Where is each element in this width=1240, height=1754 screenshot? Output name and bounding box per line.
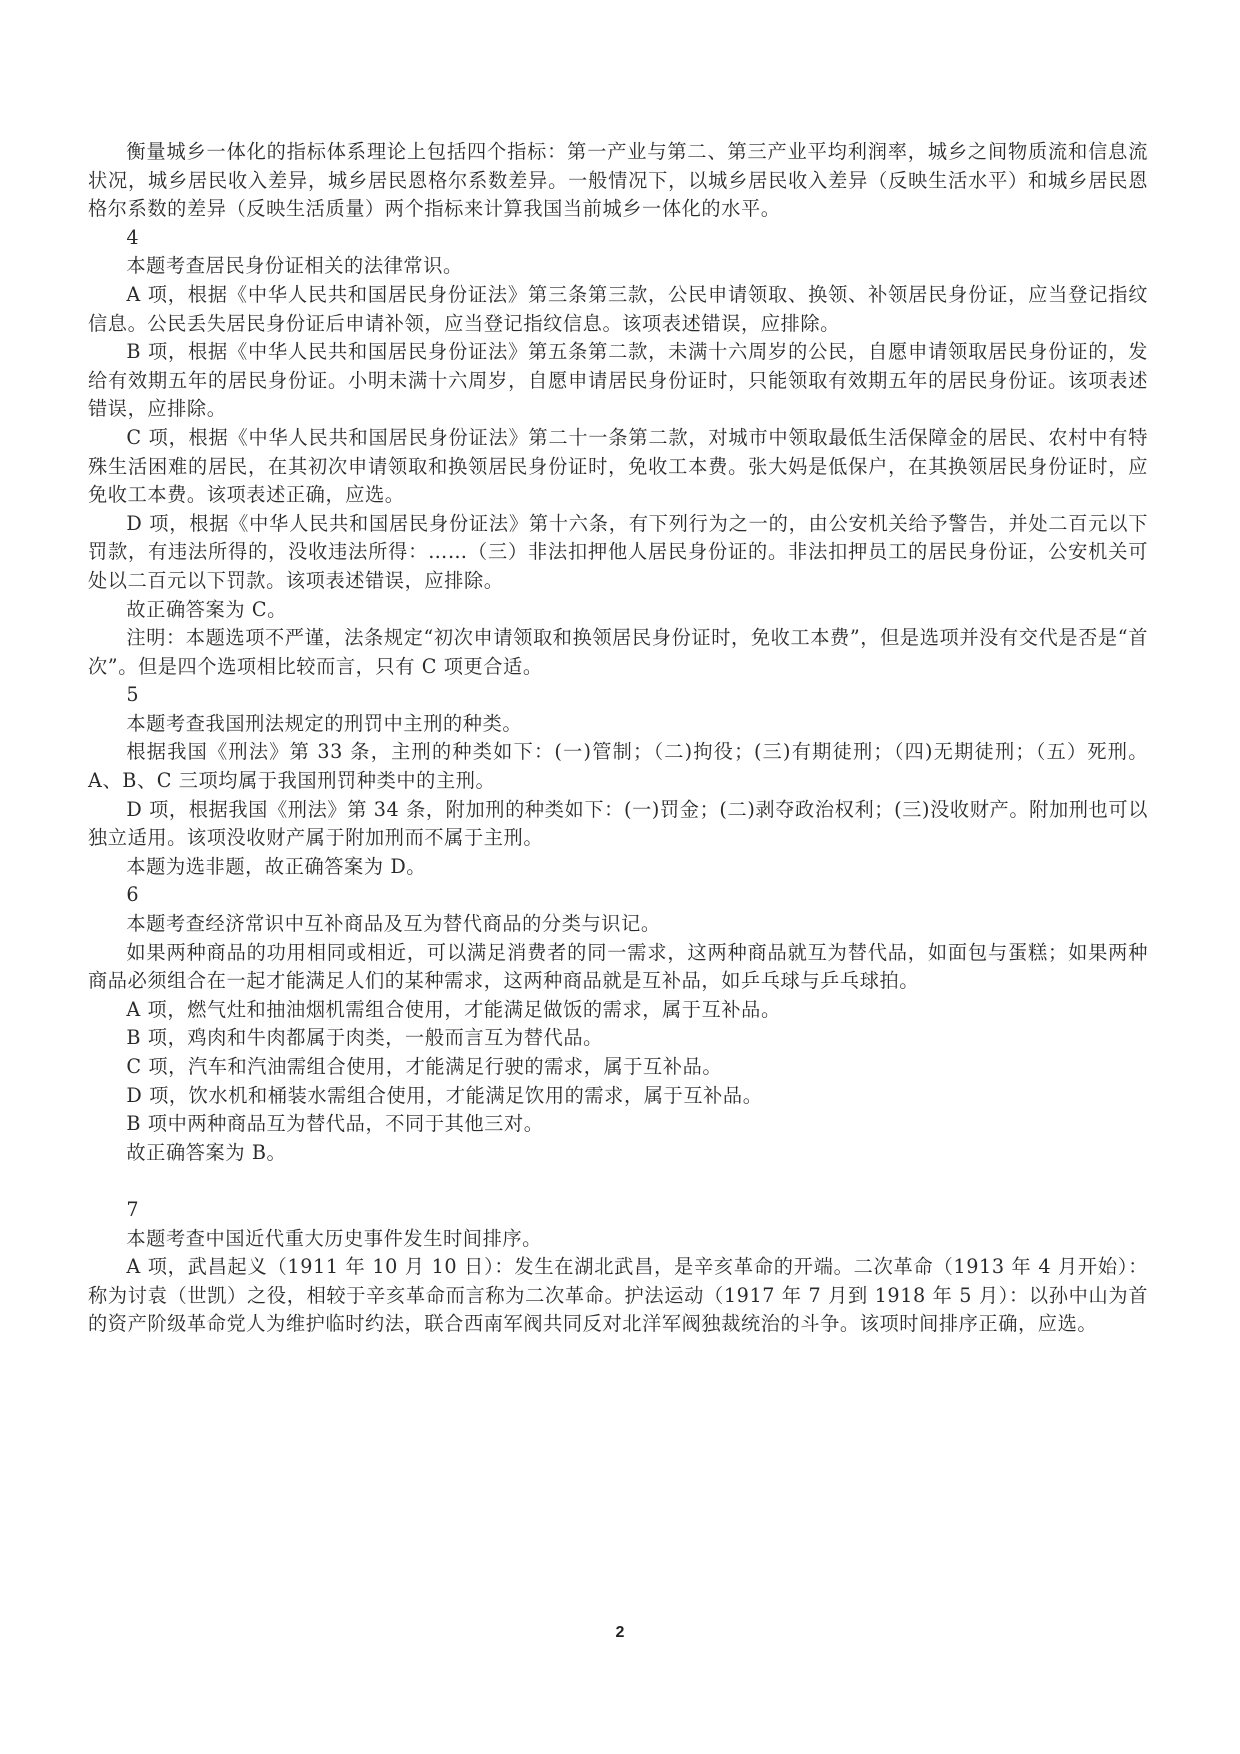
correct-answer: 故正确答案为 C。 [88,596,1148,625]
summary-paragraph: B 项中两种商品互为替代品，不同于其他三对。 [88,1110,1148,1139]
page-number: 2 [0,1624,1240,1642]
question-number: 4 [88,224,1148,253]
question-topic: 本题考查中国近代重大历史事件发生时间排序。 [88,1225,1148,1254]
question-7-explanation: 7 本题考查中国近代重大历史事件发生时间排序。 A 项，武昌起义（1911 年 … [88,1196,1148,1339]
option-b-analysis: B 项，根据《中华人民共和国居民身份证法》第五条第二款，未满十六周岁的公民，自愿… [88,338,1148,424]
option-a-analysis: A 项，武昌起义（1911 年 10 月 10 日）：发生在湖北武昌，是辛亥革命… [88,1253,1148,1339]
blank-line [88,1167,1148,1196]
option-a-analysis: A 项，燃气灶和抽油烟机需组合使用，才能满足做饭的需求，属于互补品。 [88,996,1148,1025]
correct-answer: 故正确答案为 B。 [88,1139,1148,1168]
option-b-analysis: B 项，鸡肉和牛肉都属于肉类，一般而言互为替代品。 [88,1024,1148,1053]
question-6-explanation: 6 本题考查经济常识中互补商品及互为替代商品的分类与识记。 如果两种商品的功用相… [88,881,1148,1167]
note-paragraph: 注明：本题选项不严谨，法条规定“初次申请领取和换领居民身份证时，免收工本费”，但… [88,624,1148,681]
question-number: 6 [88,881,1148,910]
definition-paragraph: 如果两种商品的功用相同或相近，可以满足消费者的同一需求，这两种商品就互为替代品，… [88,939,1148,996]
intro-paragraph: 衡量城乡一体化的指标体系理论上包括四个指标：第一产业与第二、第三产业平均利润率，… [88,138,1148,224]
question-topic: 本题考查我国刑法规定的刑罚中主刑的种类。 [88,710,1148,739]
principal-penalty-paragraph: 根据我国《刑法》第 33 条，主刑的种类如下：(一)管制；（二)拘役；(三)有期… [88,738,1148,795]
question-4-explanation: 4 本题考查居民身份证相关的法律常识。 A 项，根据《中华人民共和国居民身份证法… [88,224,1148,682]
option-a-analysis: A 项，根据《中华人民共和国居民身份证法》第三条第三款，公民申请领取、换领、补领… [88,281,1148,338]
question-number: 7 [88,1196,1148,1225]
option-d-analysis: D 项，根据《中华人民共和国居民身份证法》第十六条，有下列行为之一的，由公安机关… [88,510,1148,596]
question-topic: 本题考查居民身份证相关的法律常识。 [88,252,1148,281]
question-topic: 本题考查经济常识中互补商品及互为替代商品的分类与识记。 [88,910,1148,939]
correct-answer: 本题为选非题，故正确答案为 D。 [88,853,1148,882]
document-page-body: 衡量城乡一体化的指标体系理论上包括四个指标：第一产业与第二、第三产业平均利润率，… [88,138,1148,1339]
question-number: 5 [88,681,1148,710]
option-c-analysis: C 项，根据《中华人民共和国居民身份证法》第二十一条第二款，对城市中领取最低生活… [88,424,1148,510]
option-d-analysis: D 项，饮水机和桶装水需组合使用，才能满足饮用的需求，属于互补品。 [88,1082,1148,1111]
question-5-explanation: 5 本题考查我国刑法规定的刑罚中主刑的种类。 根据我国《刑法》第 33 条，主刑… [88,681,1148,881]
option-d-analysis: D 项，根据我国《刑法》第 34 条，附加刑的种类如下：(一)罚金；(二)剥夺政… [88,796,1148,853]
option-c-analysis: C 项，汽车和汽油需组合使用，才能满足行驶的需求，属于互补品。 [88,1053,1148,1082]
